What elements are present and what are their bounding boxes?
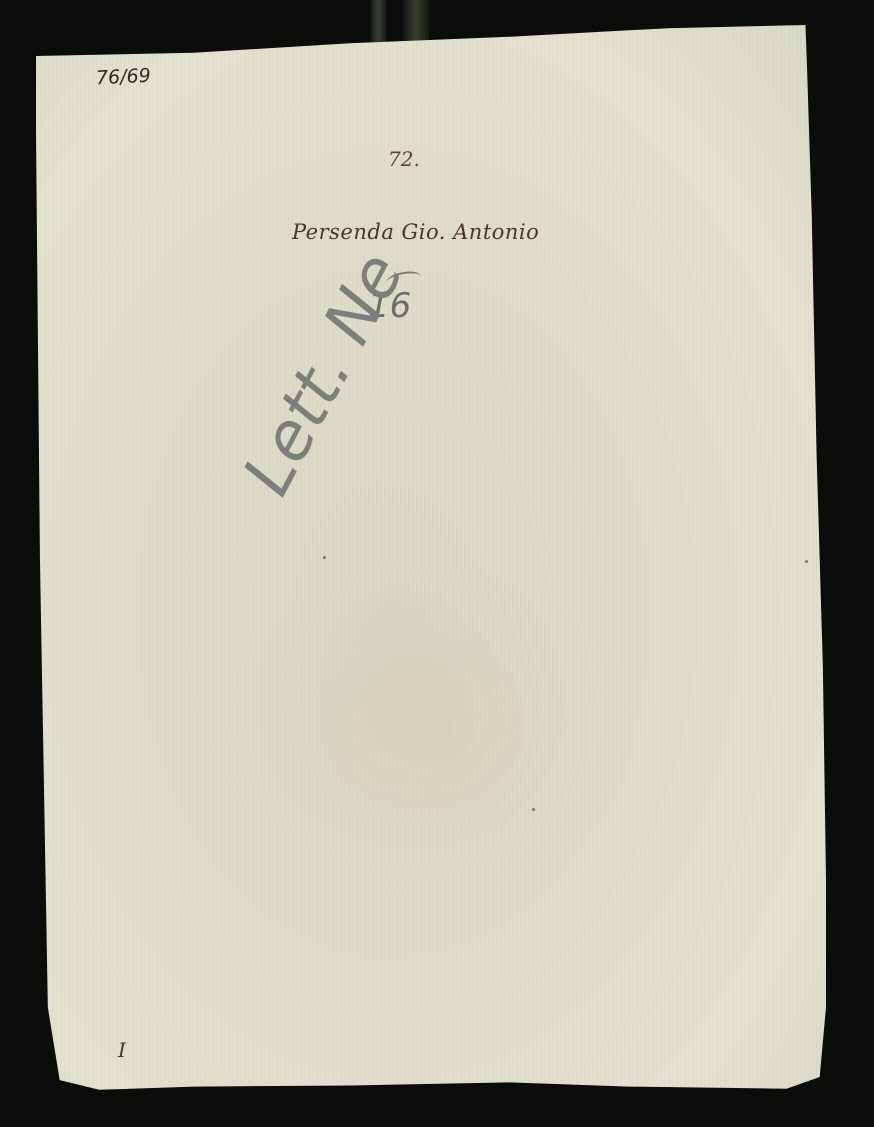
- archive-number: 76/69: [95, 65, 151, 90]
- bottom-marker: I: [118, 1038, 126, 1062]
- paper-speck: [323, 556, 326, 559]
- manuscript-sheet: [36, 25, 826, 1093]
- paper-speck: [805, 560, 808, 563]
- folio-number: 72.: [388, 147, 420, 171]
- paper-speck: [532, 808, 535, 811]
- person-name: Persenda Gio. Antonio: [292, 220, 539, 244]
- paper-stain: [220, 560, 640, 900]
